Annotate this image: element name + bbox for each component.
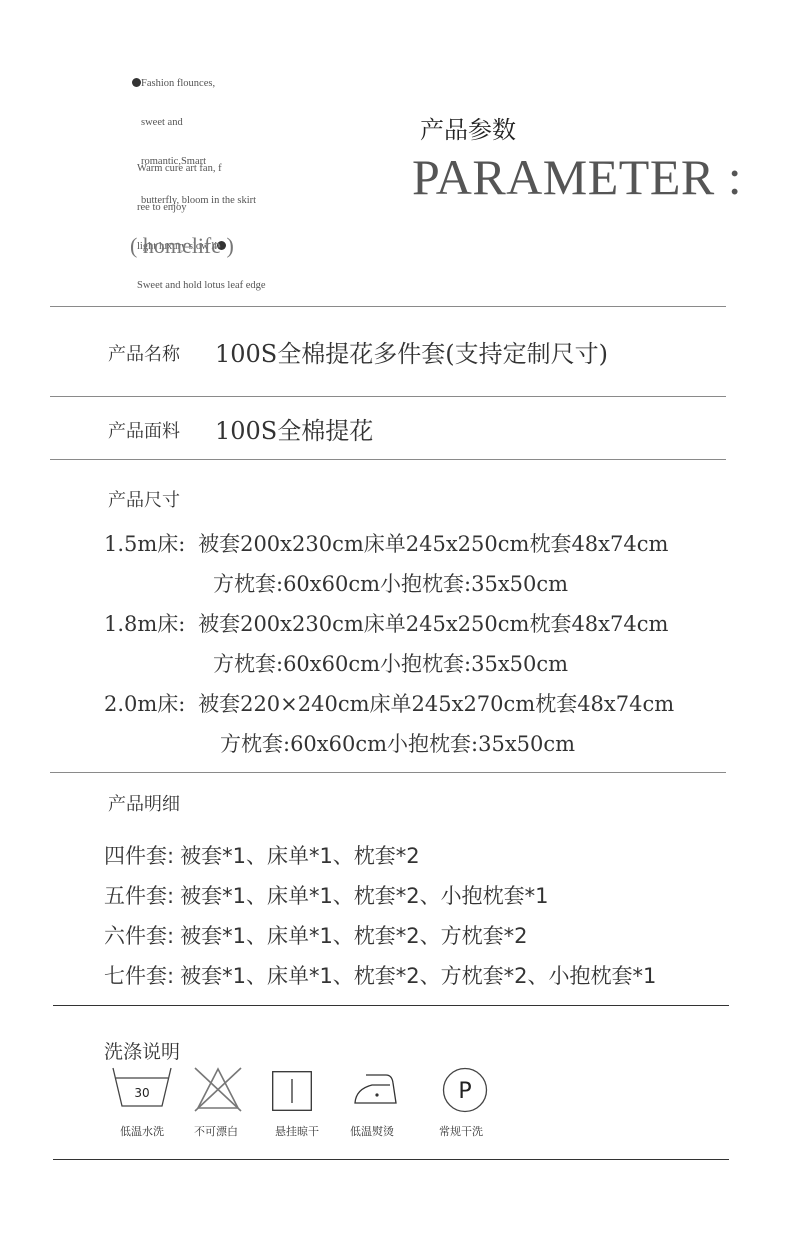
set-row: 七件套:被套*1、床单*1、枕套*2、方枕套*2、小抱枕套*1 [104,960,656,990]
product-size-label: 产品尺寸 [108,486,180,512]
divider [53,1005,729,1006]
size-spec-secondary: 方枕套:60x60cm小抱枕套:35x50cm [213,568,568,598]
tagline-line: Fashion flounces, [141,78,215,89]
page-title-en: PARAMETER : [412,148,742,206]
tagline-line: Sweet and hold lotus leaf edge [137,279,266,292]
set-row: 六件套:被套*1、床单*1、枕套*2、方枕套*2 [104,920,528,950]
set-row: 五件套:被套*1、床单*1、枕套*2、小抱枕套*1 [104,880,549,910]
divider [50,396,726,397]
care-label: 不可漂白 [194,1123,238,1139]
set-items: 被套*1、床单*1、枕套*2、方枕套*2 [180,924,527,948]
brand-label: ( homelife ) [130,233,234,259]
no-bleach-icon [193,1066,243,1112]
set-items: 被套*1、床单*1、枕套*2、方枕套*2、小抱枕套*1 [180,964,656,988]
hang-dry-icon [272,1071,312,1111]
dry-clean-p-icon: P [441,1067,489,1115]
iron-low-icon [352,1073,400,1105]
product-fabric-value: 100S全棉提花 [215,411,373,446]
care-label: 低温熨烫 [350,1123,394,1139]
divider [53,1159,729,1160]
product-name-label: 产品名称 [108,340,180,366]
size-row-1-5m: 1.5m床: 被套200x230cm床单245x250cm枕套48x74cm [104,528,668,558]
product-fabric-label: 产品面料 [108,417,180,443]
size-row-2-0m: 2.0m床: 被套220×240cm床单245x270cm枕套48x74cm [104,688,674,718]
care-label: 低温水洗 [120,1123,164,1139]
size-spec: 被套200x230cm床单245x250cm枕套48x74cm [198,532,668,556]
care-title: 洗涤说明 [104,1037,180,1064]
care-label: 悬挂晾干 [275,1123,319,1139]
svg-text:30: 30 [134,1086,149,1100]
care-label: 常规干洗 [439,1123,483,1139]
tagline-line: ree to enjoy [137,201,266,214]
page-title-cn: 产品参数 [420,110,516,145]
size-spec: 被套220×240cm床单245x270cm枕套48x74cm [198,692,674,716]
set-name: 六件套: [104,924,174,948]
divider [50,772,726,773]
divider [50,306,726,307]
bed-size-label: 1.5m床: [104,532,185,556]
set-name: 七件套: [104,964,174,988]
bullet-dot-icon [132,78,141,87]
svg-text:P: P [458,1079,471,1104]
bed-size-label: 2.0m床: [104,692,185,716]
size-spec-secondary: 方枕套:60x60cm小抱枕套:35x50cm [213,648,568,678]
wash-30-icon: 30 [110,1066,174,1112]
set-items: 被套*1、床单*1、枕套*2 [180,844,420,868]
set-items: 被套*1、床单*1、枕套*2、小抱枕套*1 [180,884,548,908]
set-name: 四件套: [104,844,174,868]
tagline-line: Warm cure art fan, f [137,162,266,175]
tagline-line: sweet and [132,116,256,129]
size-row-1-8m: 1.8m床: 被套200x230cm床单245x250cm枕套48x74cm [104,608,668,638]
size-spec-secondary: 方枕套:60x60cm小抱枕套:35x50cm [220,728,575,758]
divider [50,459,726,460]
set-row: 四件套:被套*1、床单*1、枕套*2 [104,840,420,870]
size-spec: 被套200x230cm床单245x250cm枕套48x74cm [198,612,668,636]
set-name: 五件套: [104,884,174,908]
bed-size-label: 1.8m床: [104,612,185,636]
product-detail-label: 产品明细 [108,790,180,816]
product-name-value: 100S全棉提花多件套(支持定制尺寸) [215,334,608,369]
tagline-block-2: Warm cure art fan, f ree to enjoy light … [137,136,266,305]
